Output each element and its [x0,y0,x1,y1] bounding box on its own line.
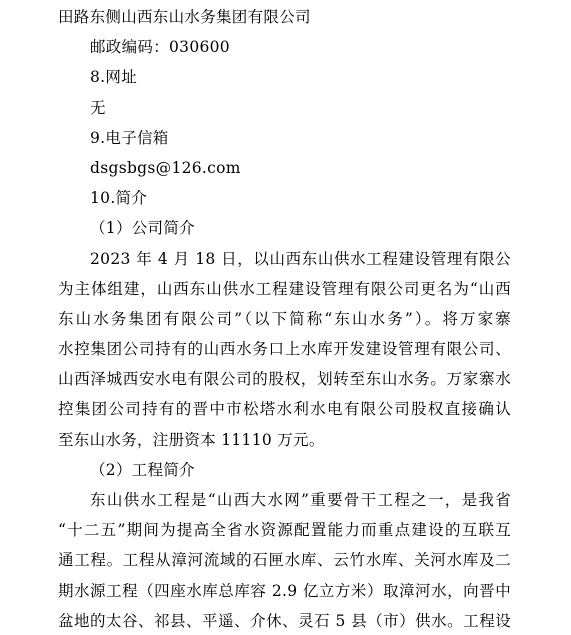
document-line: 水控集团公司持有的山西水务口上水库开发建设管理有限公司、 [58,334,511,364]
document-line: 山西泽城西安水电有限公司的股权，划转至东山水务。万家寨水 [58,364,511,394]
document-line: 通工程。工程从漳河流域的石匣水库、云竹水库、关河水库及二 [58,545,511,575]
document-line: 田路东侧山西东山水务集团有限公司 [58,2,511,32]
document-line: （2）工程简介 [58,455,511,485]
document-line: 期水源工程（四座水库总库容 2.9 亿立方米）取漳河水，向晋中 [58,576,511,606]
document-page: 田路东侧山西东山水务集团有限公司邮政编码：0306008.网址无9.电子信箱ds… [0,0,571,635]
document-line: 2023 年 4 月 18 日，以山西东山供水工程建设管理有限公司 [58,244,511,274]
document-line: 控集团公司持有的晋中市松塔水利水电有限公司股权直接确认 [58,394,511,424]
document-line: 8.网址 [58,62,511,92]
document-line: 9.电子信箱 [58,123,511,153]
document-line: 东山水务集团有限公司”（以下简称“东山水务”）。将万家寨 [58,304,511,334]
document-line: “十二五”期间为提高全省水资源配置能力而重点建设的互联互 [58,515,511,545]
document-line: 为主体组建，山西东山供水工程建设管理有限公司更名为“山西 [58,274,511,304]
document-line: 邮政编码：030600 [58,32,511,62]
document-line: 盆地的太谷、祁县、平遥、介休、灵石 5 县（市）供水。工程设 [58,606,511,635]
document-line: dsgsbgs@126.com [58,153,511,183]
document-line: 无 [58,93,511,123]
document-text-block: 田路东侧山西东山水务集团有限公司邮政编码：0306008.网址无9.电子信箱ds… [58,2,511,635]
document-line: 至东山水务，注册资本 11110 万元。 [58,425,511,455]
document-line: （1）公司简介 [58,213,511,243]
document-line: 10.简介 [58,183,511,213]
document-line: 东山供水工程是“山西大水网”重要骨干工程之一，是我省 [58,485,511,515]
